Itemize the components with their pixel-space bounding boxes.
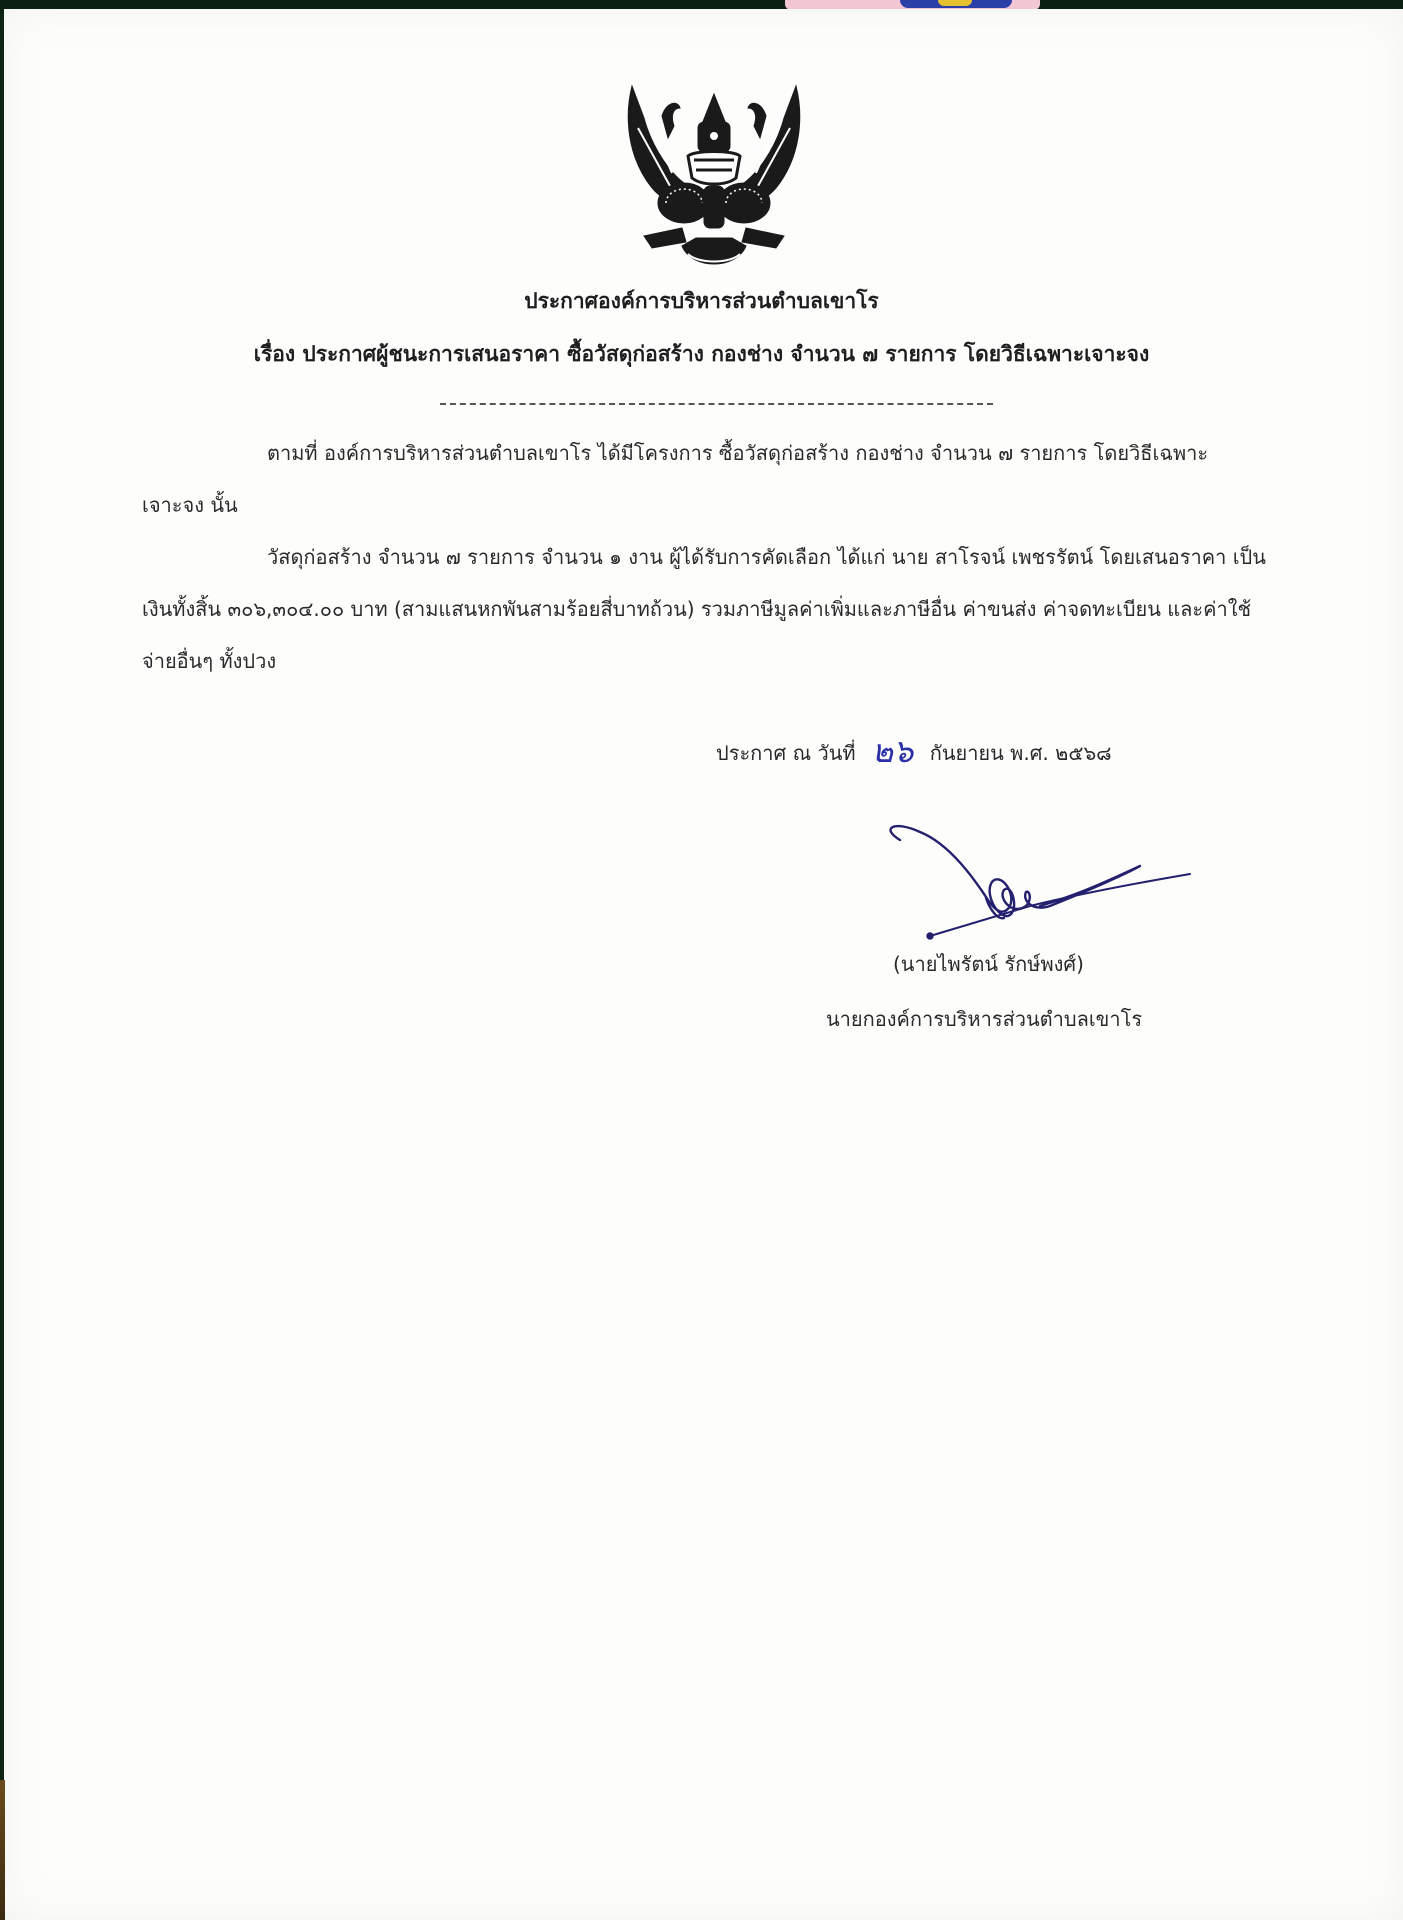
background-object-badge [900, 0, 1012, 8]
body-paragraph-1-text: ตามที่ องค์การบริหารส่วนตำบลเขาโร ได้มีโ… [142, 441, 1208, 517]
signer-position: นายกองค์การบริหารส่วนตำบลเขาโร [826, 1003, 1142, 1035]
signature-icon [880, 820, 1200, 940]
date-month-year: กันยายน พ.ศ. ๒๕๖๘ [930, 741, 1112, 765]
body-paragraph-2: วัสดุก่อสร้าง จำนวน ๗ รายการ จำนวน ๑ งาน… [142, 531, 1270, 687]
date-prefix: ประกาศ ณ วันที่ [716, 741, 856, 765]
document-title: ประกาศองค์การบริหารส่วนตำบลเขาโร [0, 285, 1403, 318]
header-divider [440, 403, 993, 405]
garuda-emblem-icon [622, 78, 806, 273]
background-surface-edge [0, 1780, 5, 1920]
body-paragraph-1: ตามที่ องค์การบริหารส่วนตำบลเขาโร ได้มีโ… [142, 427, 1270, 531]
signer-name: (นายไพรัตน์ รักษ์พงศ์) [893, 948, 1084, 980]
announcement-date: ประกาศ ณ วันที่ ๒๖ กันยายน พ.ศ. ๒๕๖๘ [716, 726, 1112, 777]
document-subject: เรื่อง ประกาศผู้ชนะการเสนอราคา ซื้อวัสดุ… [0, 338, 1403, 371]
body-paragraph-2-text: วัสดุก่อสร้าง จำนวน ๗ รายการ จำนวน ๑ งาน… [142, 545, 1266, 673]
handwritten-day: ๒๖ [872, 732, 913, 770]
